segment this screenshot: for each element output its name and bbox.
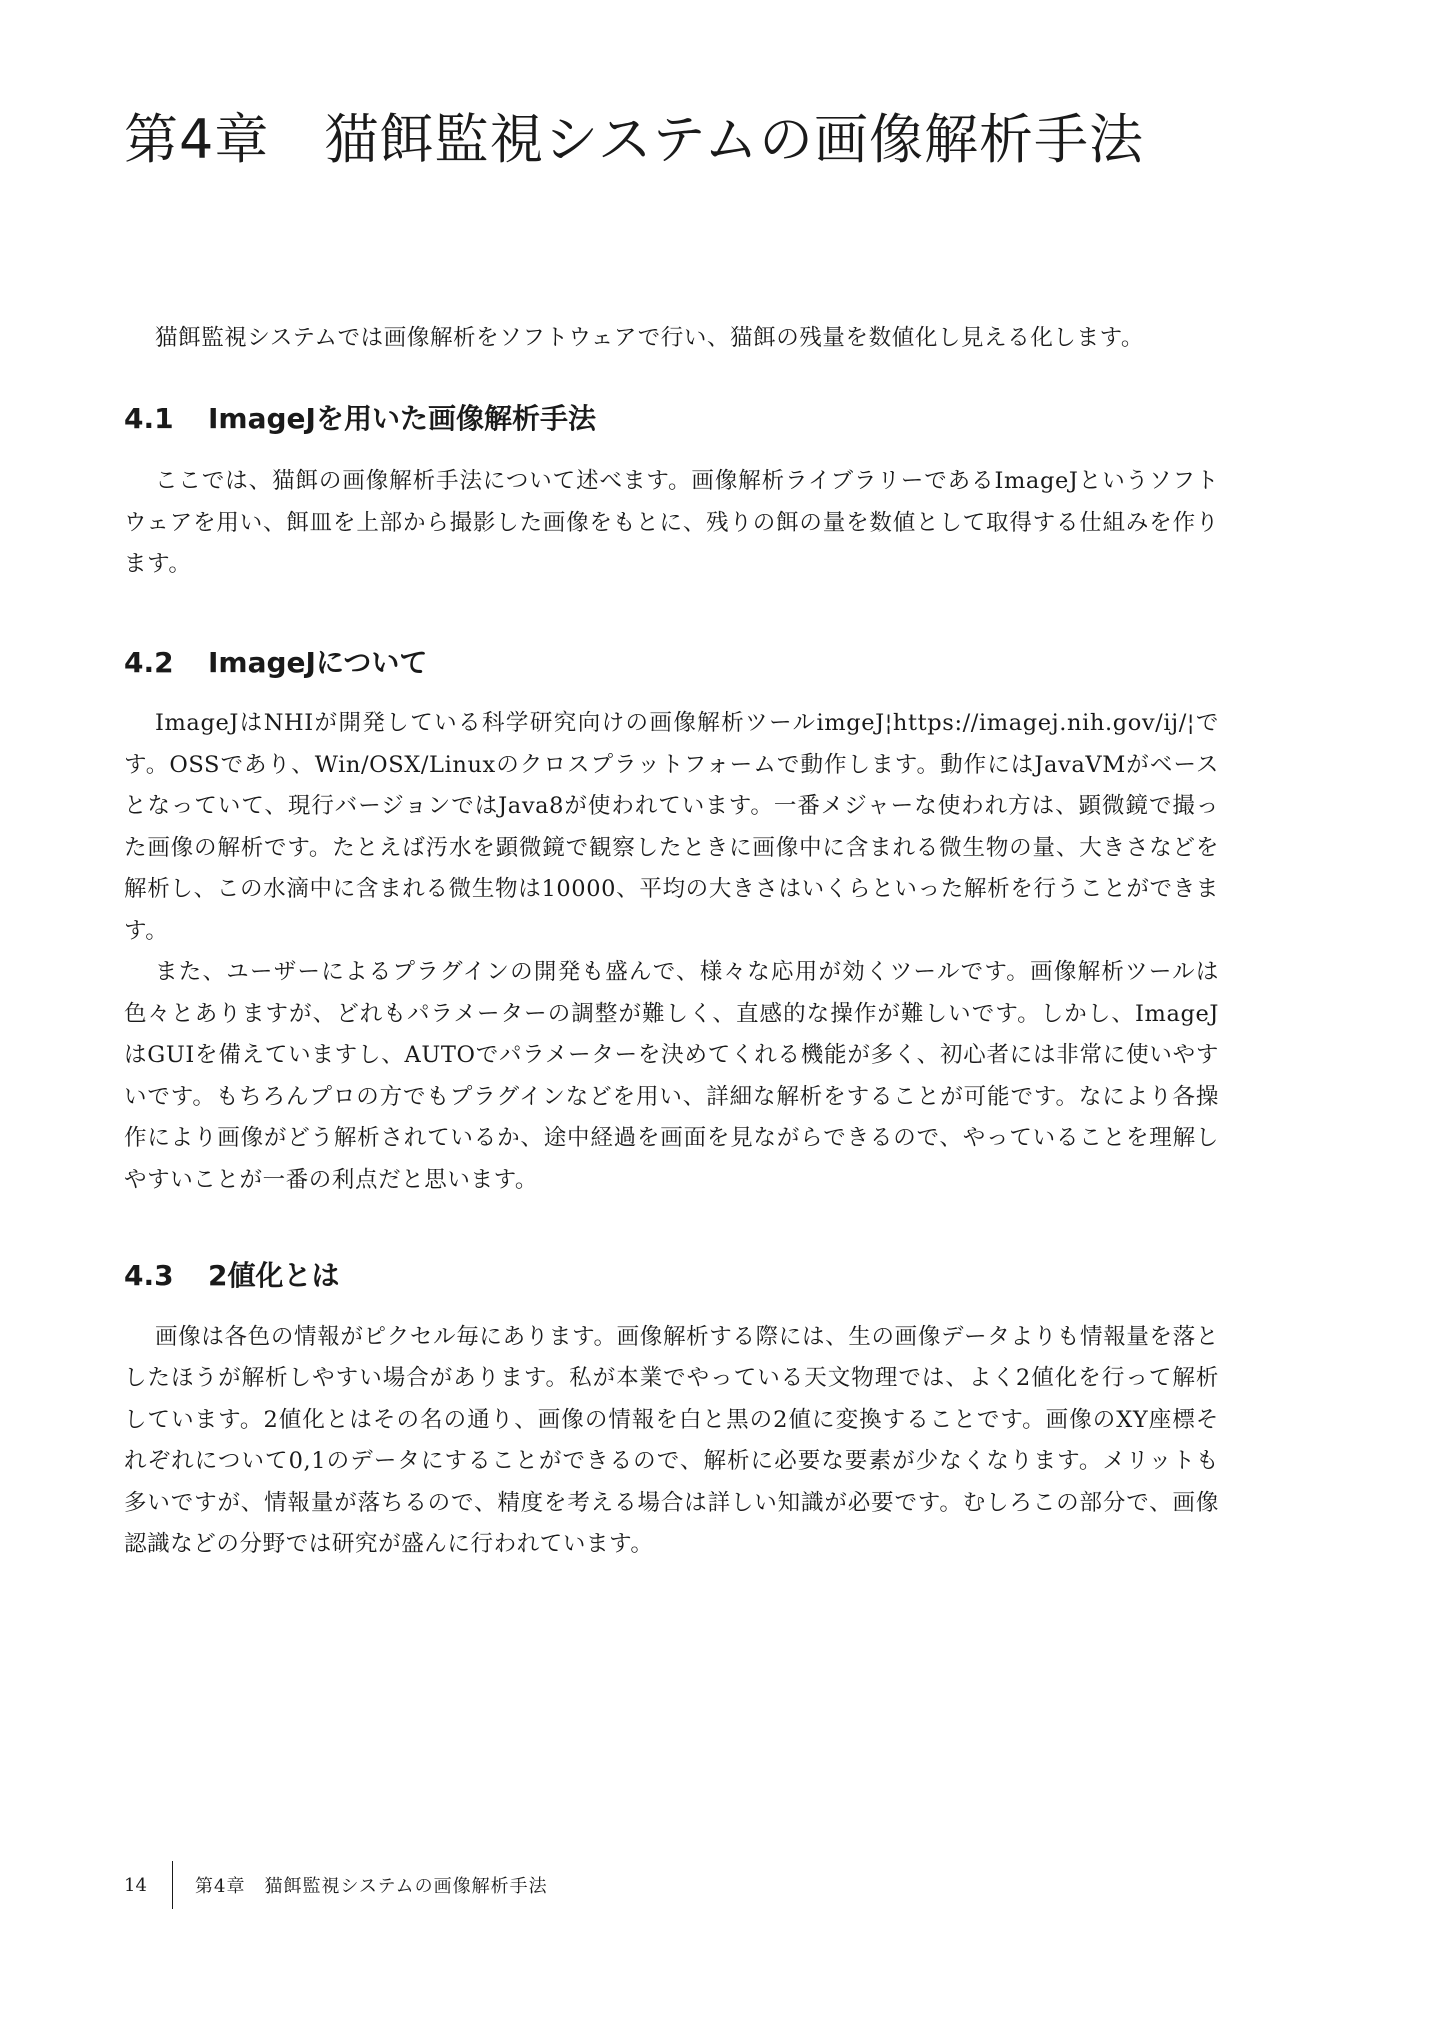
section-heading-4-1: 4.1ImageJを用いた画像解析手法 <box>124 402 1219 436</box>
page-content: 猫餌監視システムでは画像解析をソフトウェアで行い、猫餌の残量を数値化し見える化し… <box>124 318 1219 1566</box>
intro-paragraph: 猫餌監視システムでは画像解析をソフトウェアで行い、猫餌の残量を数値化し見える化し… <box>124 318 1219 360</box>
paragraph: また、ユーザーによるプラグインの開発も盛んで、様々な応用が効くツールです。画像解… <box>124 952 1219 1201</box>
running-head: 第4章 猫餌監視システムの画像解析手法 <box>195 1872 548 1898</box>
footer-divider <box>172 1861 173 1909</box>
section-title: 2値化とは <box>208 1259 339 1292</box>
section-title: ImageJについて <box>208 646 427 679</box>
chapter-title: 第4章 猫餌監視システムの画像解析手法 <box>124 108 1144 173</box>
page-footer: 14 第4章 猫餌監視システムの画像解析手法 <box>124 1860 548 1910</box>
section-number: 4.1 <box>124 402 208 436</box>
paragraph: 画像は各色の情報がピクセル毎にあります。画像解析する際には、生の画像データよりも… <box>124 1317 1219 1566</box>
page-number: 14 <box>124 1875 172 1896</box>
section-number: 4.3 <box>124 1259 208 1293</box>
section-title: ImageJを用いた画像解析手法 <box>208 402 596 435</box>
section-number: 4.2 <box>124 646 208 680</box>
section-heading-4-2: 4.2ImageJについて <box>124 646 1219 680</box>
section-heading-4-3: 4.32値化とは <box>124 1259 1219 1293</box>
paragraph: ここでは、猫餌の画像解析手法について述べます。画像解析ライブラリーであるImag… <box>124 461 1219 586</box>
paragraph: ImageJはNHIが開発している科学研究向けの画像解析ツールimgeJ¦htt… <box>124 703 1219 952</box>
